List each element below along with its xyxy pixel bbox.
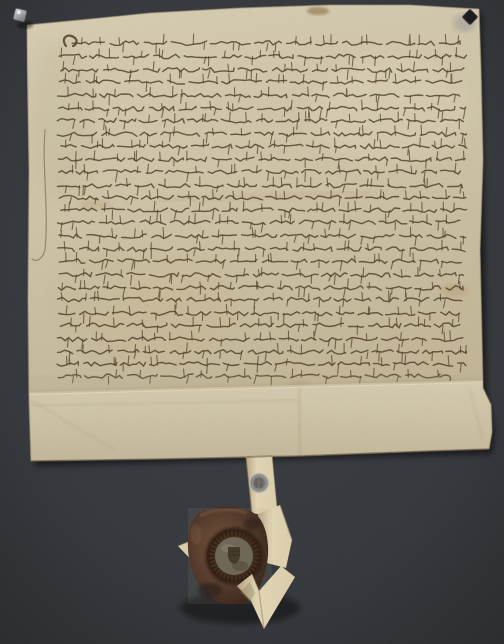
parchment-document (15, 0, 500, 470)
top-edge-stain (307, 7, 329, 15)
pushpin-head (13, 8, 28, 23)
photo-frame (0, 0, 504, 644)
tag-slit-shadow (247, 456, 272, 457)
seal-tag (246, 455, 277, 516)
tag-disc-center (253, 477, 265, 489)
archival-photo (0, 0, 504, 644)
plica-seam-stain (298, 388, 301, 460)
